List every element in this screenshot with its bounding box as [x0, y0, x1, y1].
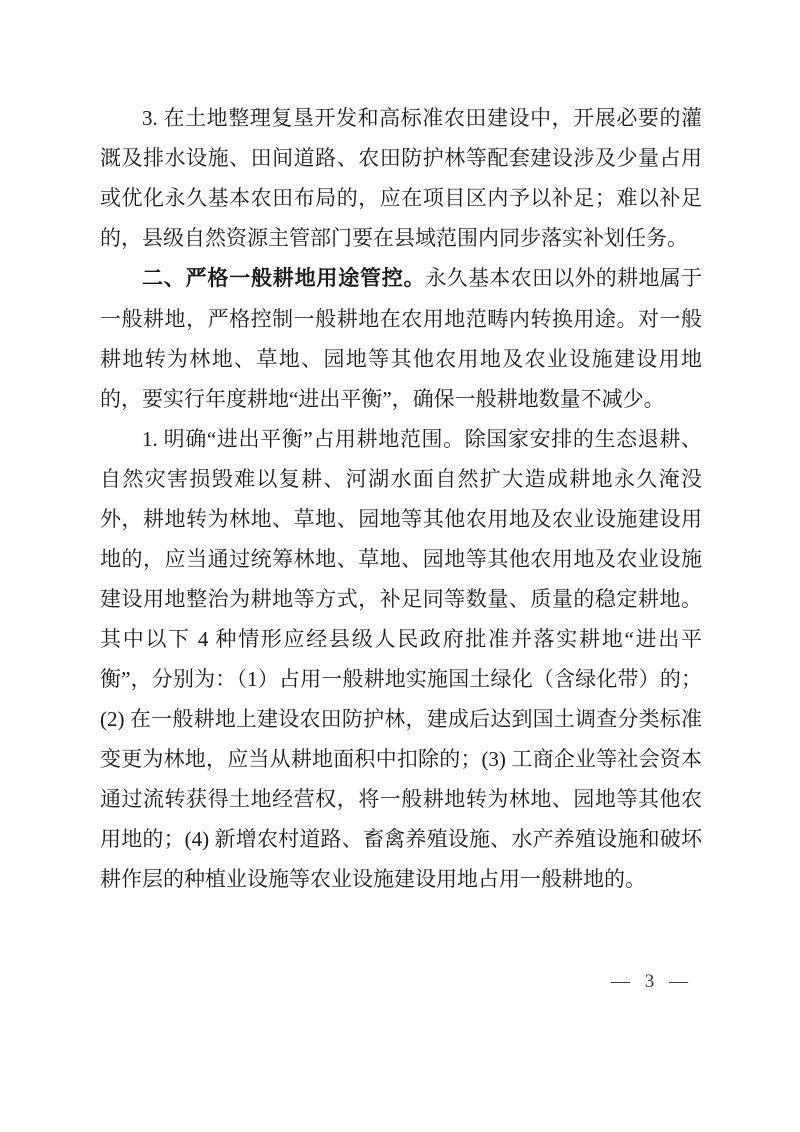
page-number: — 3 —	[611, 970, 688, 994]
document-body: 3. 在土地整理复垦开发和高标准农田建设中，开展必要的灌溉及排水设施、田间道路、…	[100, 98, 702, 899]
paragraph: 1. 明确“进出平衡”占用耕地范围。除国家安排的生态退耕、自然灾害损毁难以复耕、…	[100, 419, 702, 899]
paragraph: 二、严格一般耕地用途管控。永久基本农田以外的耕地属于一般耕地，严格控制一般耕地在…	[100, 258, 702, 419]
paragraph-text: 1. 明确“进出平衡”占用耕地范围。除国家安排的生态退耕、自然灾害损毁难以复耕、…	[100, 427, 702, 891]
document-page: 3. 在土地整理复垦开发和高标准农田建设中，开展必要的灌溉及排水设施、田间道路、…	[0, 0, 800, 1132]
section-heading: 二、严格一般耕地用途管控。	[142, 267, 425, 290]
paragraph: 3. 在土地整理复垦开发和高标准农田建设中，开展必要的灌溉及排水设施、田间道路、…	[100, 98, 702, 258]
paragraph-text: 3. 在土地整理复垦开发和高标准农田建设中，开展必要的灌溉及排水设施、田间道路、…	[100, 106, 702, 250]
